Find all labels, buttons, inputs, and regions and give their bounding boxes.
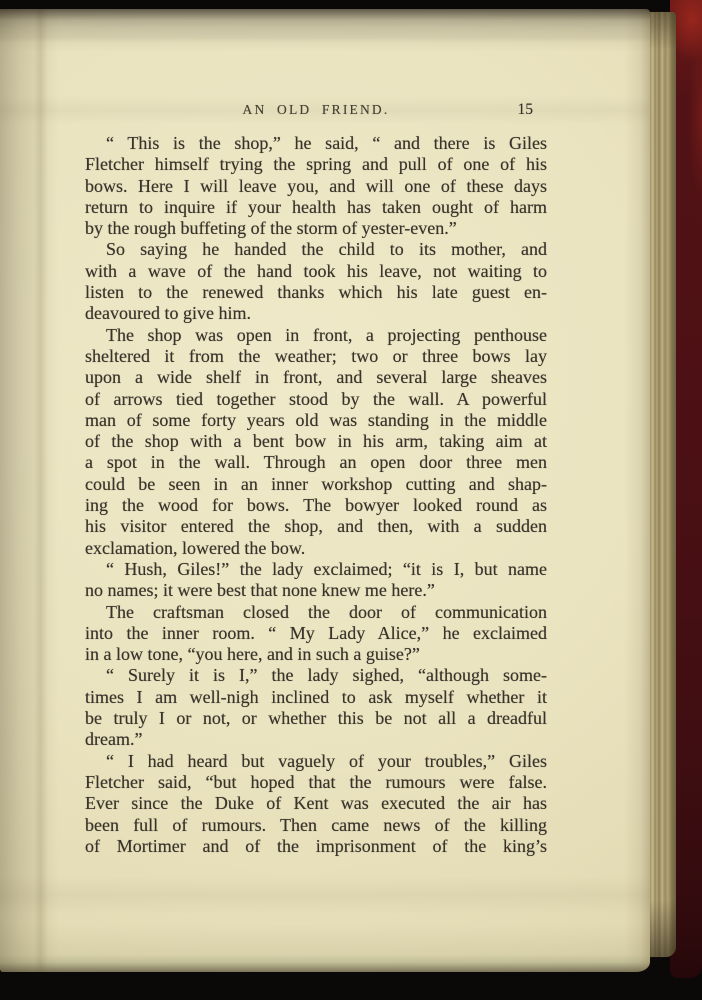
text-line: of the shop with a bent bow in his arm, … bbox=[85, 431, 547, 452]
text-line: The craftsman closed the door of communi… bbox=[85, 602, 547, 623]
text-line: man of some forty years old was standing… bbox=[85, 410, 547, 431]
text-line: in a low tone, “you here, and in such a … bbox=[85, 644, 547, 665]
paragraph: “ This is the shop,” he said, “ and ther… bbox=[85, 133, 547, 239]
text-line: could be seen in an inner workshop cutti… bbox=[85, 474, 547, 495]
text-line: “ Hush, Giles!” the lady exclaimed; “it … bbox=[85, 559, 547, 580]
text-line: return to inquire if your health has tak… bbox=[85, 197, 547, 218]
text-line: his visitor entered the shop, and then, … bbox=[85, 516, 547, 537]
text-line: “ This is the shop,” he said, “ and ther… bbox=[85, 133, 547, 154]
text-line: bows. Here I will leave you, and will on… bbox=[85, 176, 547, 197]
text-column: 15 AN OLD FRIEND. “ This is the shop,” h… bbox=[85, 9, 547, 972]
text-line: The shop was open in front, a projecting… bbox=[85, 325, 547, 346]
page-number: 15 bbox=[518, 101, 534, 119]
book-page: 15 AN OLD FRIEND. “ This is the shop,” h… bbox=[0, 9, 650, 972]
text-line: Fletcher said, “but hoped that the rumou… bbox=[85, 772, 547, 793]
scanned-book-photo: 15 AN OLD FRIEND. “ This is the shop,” h… bbox=[0, 0, 702, 1000]
running-header: 15 AN OLD FRIEND. bbox=[85, 102, 547, 122]
paragraph: The shop was open in front, a projecting… bbox=[85, 325, 547, 559]
text-line: ing the wood for bows. The bowyer looked… bbox=[85, 495, 547, 516]
text-line: listen to the renewed thanks which his l… bbox=[85, 282, 547, 303]
text-line: into the inner room. “ My Lady Alice,” h… bbox=[85, 623, 547, 644]
text-line: Fletcher himself trying the spring and p… bbox=[85, 154, 547, 175]
text-line: sheltered it from the weather; two or th… bbox=[85, 346, 547, 367]
text-line: So saying he handed the child to its mot… bbox=[85, 239, 547, 260]
page-fore-edges bbox=[649, 12, 676, 957]
text-line: deavoured to give him. bbox=[85, 303, 547, 324]
text-line: exclamation, lowered the bow. bbox=[85, 538, 547, 559]
text-line: no names; it were best that none knew me… bbox=[85, 580, 547, 601]
text-line: dream.” bbox=[85, 729, 547, 750]
text-line: be truly I or not, or whether this be no… bbox=[85, 708, 547, 729]
paragraph: “ I had heard but vaguely of your troubl… bbox=[85, 751, 547, 857]
paragraph: “ Surely it is I,” the lady sighed, “alt… bbox=[85, 665, 547, 750]
paragraph: So saying he handed the child to its mot… bbox=[85, 239, 547, 324]
text-line: of arrows tied together stood by the wal… bbox=[85, 389, 547, 410]
text-line: “ I had heard but vaguely of your troubl… bbox=[85, 751, 547, 772]
text-line: with a wave of the hand took his leave, … bbox=[85, 261, 547, 282]
chapter-running-title: AN OLD FRIEND. bbox=[85, 102, 547, 118]
paragraph: “ Hush, Giles!” the lady exclaimed; “it … bbox=[85, 559, 547, 602]
text-line: by the rough buffeting of the storm of y… bbox=[85, 218, 547, 239]
text-line: times I am well-nigh inclined to ask mys… bbox=[85, 687, 547, 708]
text-line: a spot in the wall. Through an open door… bbox=[85, 452, 547, 473]
paragraph: The craftsman closed the door of communi… bbox=[85, 602, 547, 666]
page-body-text: “ This is the shop,” he said, “ and ther… bbox=[85, 133, 547, 857]
text-line: been full of rumours. Then came news of … bbox=[85, 815, 547, 836]
text-line: of Mortimer and of the imprisonment of t… bbox=[85, 836, 547, 857]
text-line: upon a wide shelf in front, and several … bbox=[85, 367, 547, 388]
text-line: Ever since the Duke of Kent was executed… bbox=[85, 793, 547, 814]
text-line: “ Surely it is I,” the lady sighed, “alt… bbox=[85, 665, 547, 686]
